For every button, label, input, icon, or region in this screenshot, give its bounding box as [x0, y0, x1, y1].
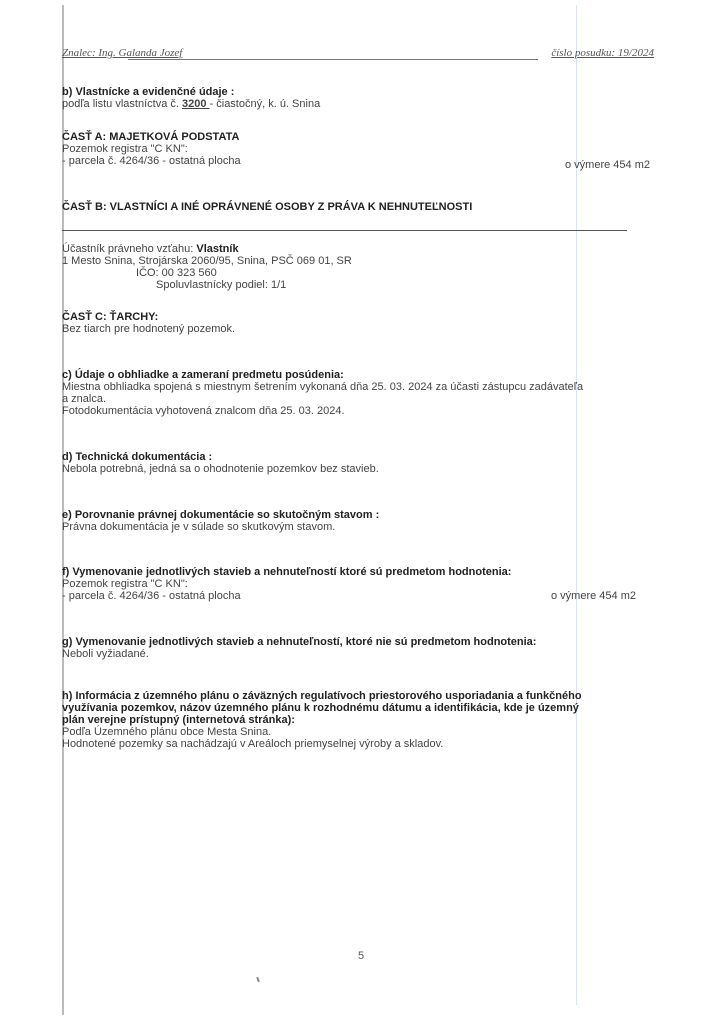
part-a: ČASŤ A: MAJETKOVÁ PODSTATA Pozemok regis… [62, 131, 662, 167]
participant-role: Vlastník [196, 243, 238, 255]
part-a-title: ČASŤ A: MAJETKOVÁ PODSTATA [62, 131, 662, 143]
section-f-title: f) Vymenovanie jednotlivých stavieb a ne… [62, 566, 662, 578]
part-b: Účastník právneho vzťahu: Vlastník 1 Mes… [62, 243, 662, 291]
report-number: číslo posudku: 19/2024 [551, 47, 654, 59]
section-b-title: b) Vlastnícke a evidenčné údaje : [62, 86, 662, 98]
section-c-line1: Miestna obhliadka spojená s miestnym šet… [62, 381, 662, 393]
part-a-parcel: - parcela č. 4264/36 - ostatná plocha [62, 155, 241, 167]
participant-line: Účastník právneho vzťahu: Vlastník [62, 243, 662, 255]
part-a-parcel-row: - parcela č. 4264/36 - ostatná plocha o … [62, 155, 662, 167]
section-d-title: d) Technická dokumentácia : [62, 451, 662, 463]
section-c-title: c) Údaje o obhliadke a zameraní predmetu… [62, 369, 662, 381]
section-c-line3: Fotodokumentácia vyhotovená znalcom dňa … [62, 405, 662, 417]
section-f-parcel: - parcela č. 4264/36 - ostatná plocha [62, 590, 241, 602]
expert-name: Znalec: Ing. Galanda Jozef [62, 47, 182, 59]
section-h-title-line3: plán verejne prístupný (internetová strá… [62, 714, 682, 726]
section-e-title: e) Porovnanie právnej dokumentácie so sk… [62, 509, 662, 521]
part-a-area: o výmere 454 m2 [565, 159, 650, 171]
section-b: b) Vlastnícke a evidenčné údaje : podľa … [62, 86, 662, 110]
section-h-line1: Podľa Územného plánu obce Mesta Snina. [62, 726, 682, 738]
part-c-title: ČASŤ C: ŤARCHY: [62, 311, 662, 323]
section-f-area: o výmere 454 m2 [551, 590, 636, 602]
part-a-register: Pozemok registra "C KN": [62, 143, 662, 155]
section-e: e) Porovnanie právnej dokumentácie so sk… [62, 509, 662, 533]
section-e-text: Právna dokumentácia je v súlade so skutk… [62, 521, 662, 533]
section-f-parcel-row: - parcela č. 4264/36 - ostatná plocha o … [62, 590, 662, 602]
part-b-title-block: ČASŤ B: VLASTNÍCI A INÉ OPRÁVNENÉ OSOBY … [62, 201, 662, 213]
part-b-rule [62, 230, 627, 231]
part-b-title: ČASŤ B: VLASTNÍCI A INÉ OPRÁVNENÉ OSOBY … [62, 201, 662, 213]
part-c: ČASŤ C: ŤARCHY: Bez tiarch pre hodnotený… [62, 311, 662, 335]
section-d-text: Nebola potrebná, jedná sa o ohodnotenie … [62, 463, 662, 475]
owner-line: 1 Mesto Snina, Strojárska 2060/95, Snina… [62, 255, 662, 267]
section-f: f) Vymenovanie jednotlivých stavieb a ne… [62, 566, 662, 602]
part-c-text: Bez tiarch pre hodnotený pozemok. [62, 323, 662, 335]
section-c: c) Údaje o obhliadke a zameraní predmetu… [62, 369, 662, 417]
header-rule [128, 59, 538, 60]
section-h-title-line1: h) Informácia z územného plánu o záväzný… [62, 690, 682, 702]
section-g-text: Neboli vyžiadané. [62, 648, 662, 660]
page-number: 5 [358, 950, 364, 962]
scan-speck [256, 977, 260, 982]
share-line: Spoluvlastnícky podiel: 1/1 [62, 279, 662, 291]
section-h-line2: Hodnotené pozemky sa nachádzajú v Areálo… [62, 738, 682, 750]
section-f-register: Pozemok registra "C KN": [62, 578, 662, 590]
section-c-line2: a znalca. [62, 393, 662, 405]
section-g: g) Vymenovanie jednotlivých stavieb a ne… [62, 636, 662, 660]
section-h: h) Informácia z územného plánu o záväzný… [62, 690, 682, 750]
lv-number: 3200 [182, 98, 210, 110]
ico-line: IČO: 00 323 560 [62, 267, 662, 279]
section-d: d) Technická dokumentácia : Nebola potre… [62, 451, 662, 475]
section-b-line: podľa listu vlastníctva č. 3200 - čiasto… [62, 98, 662, 110]
section-h-title-line2: využívania pozemkov, názov územného plán… [62, 702, 682, 714]
section-g-title: g) Vymenovanie jednotlivých stavieb a ne… [62, 636, 662, 648]
